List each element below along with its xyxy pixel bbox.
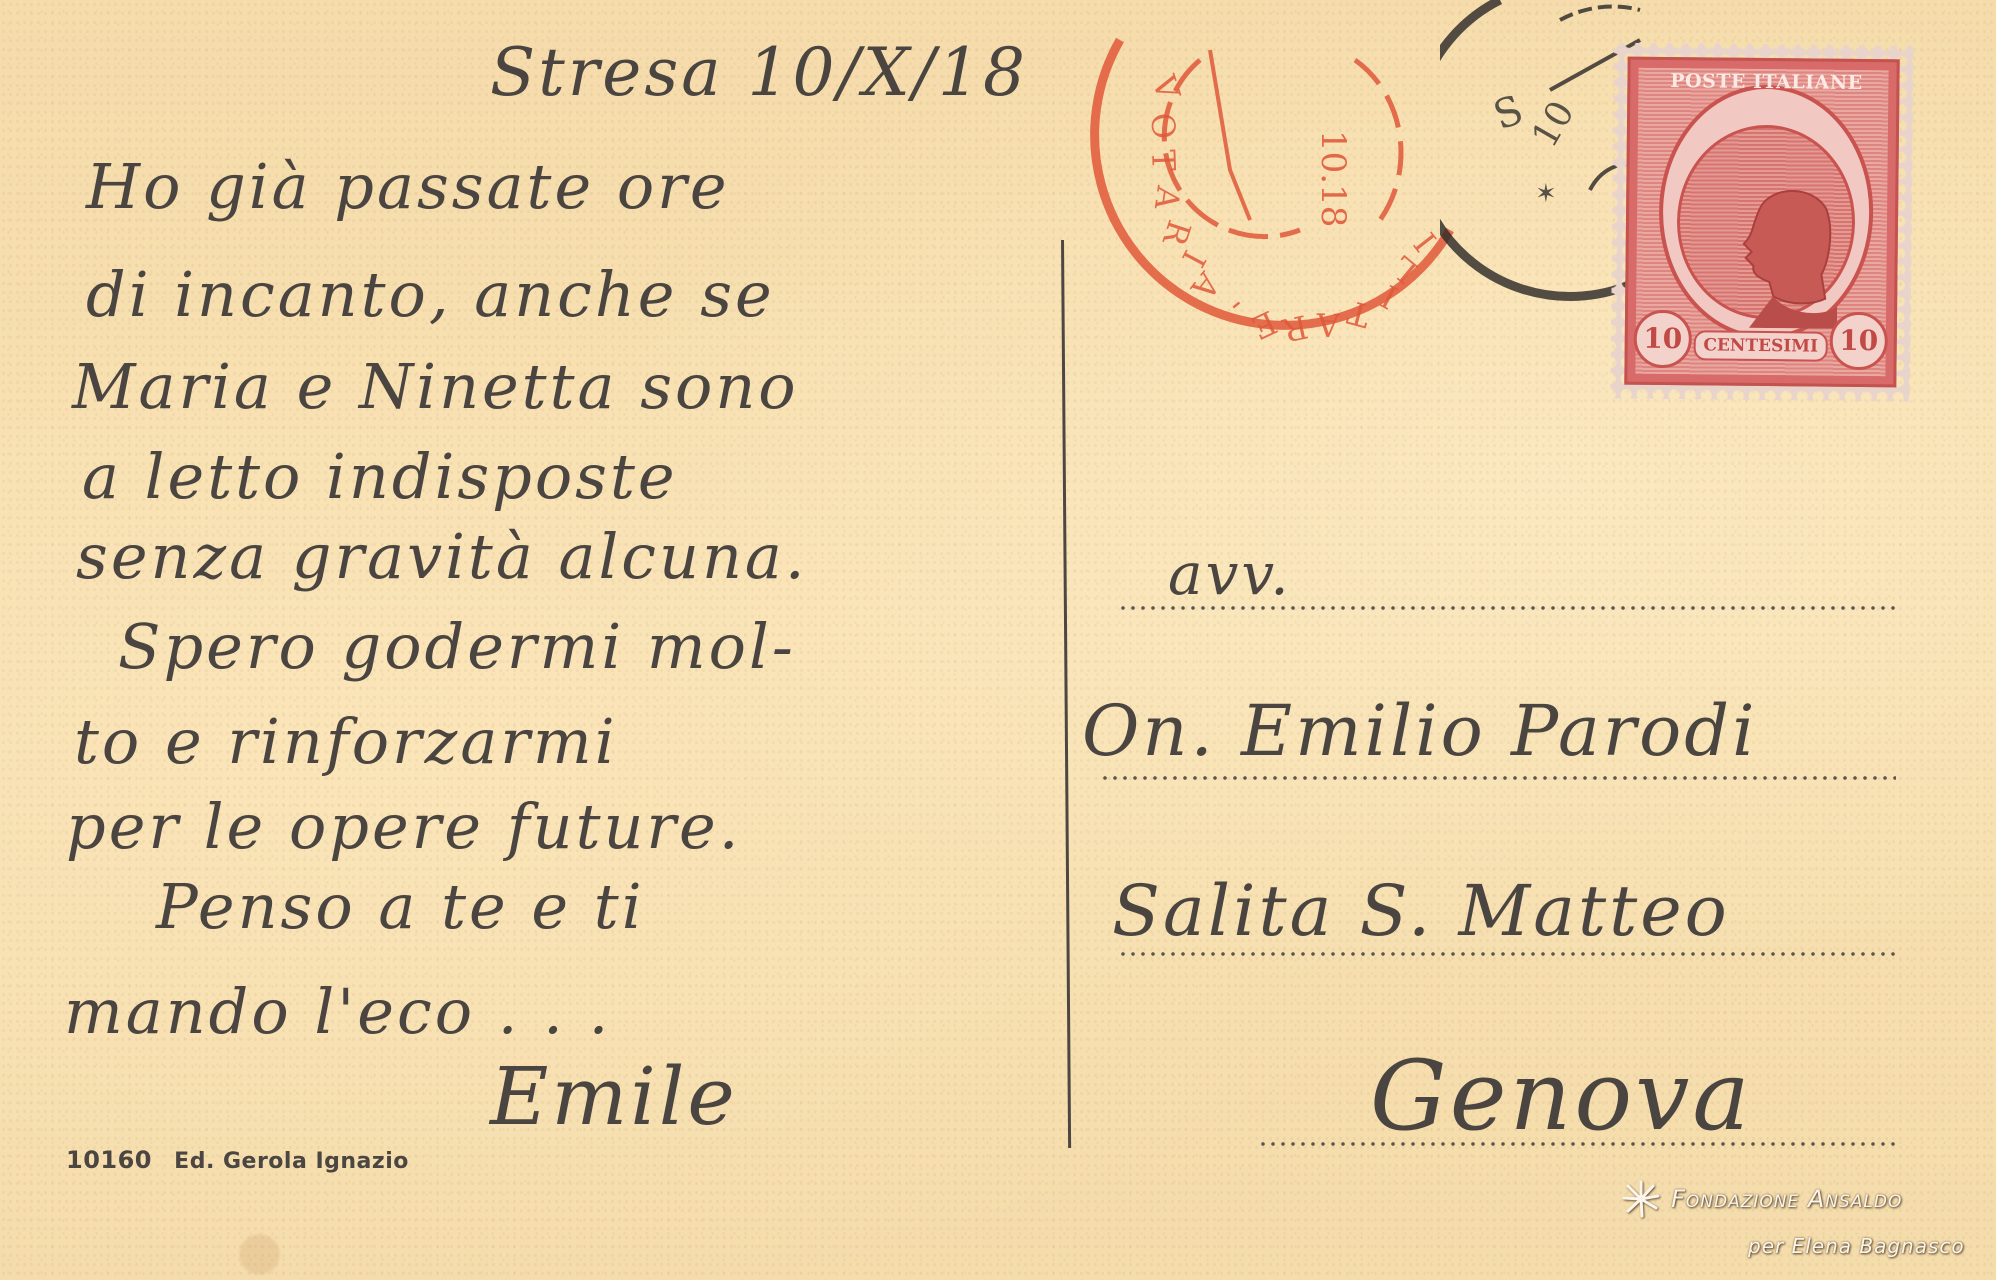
- king-portrait-icon: [1729, 178, 1841, 329]
- publisher-number: 10160: [66, 1146, 152, 1174]
- sunburst-logo-icon: [1620, 1178, 1662, 1220]
- svg-text:10: 10: [1524, 94, 1582, 154]
- message-line: Penso a te e ti: [156, 870, 645, 943]
- svg-text:S: S: [1488, 87, 1529, 140]
- stamp-value-left: 10: [1633, 310, 1692, 369]
- svg-text:I: I: [1174, 244, 1213, 273]
- svg-text:O: O: [1142, 110, 1184, 142]
- message-line: to e rinforzarmi: [74, 705, 618, 778]
- address-dotted-line-1: [1118, 606, 1898, 610]
- address-dotted-line-3: [1118, 952, 1896, 956]
- address-street: Salita S. Matteo: [1112, 870, 1730, 952]
- publisher-name: Ed. Gerola Ignazio: [174, 1149, 409, 1174]
- svg-text:T: T: [1144, 149, 1183, 172]
- place-date: Stresa 10/X/18: [490, 34, 1028, 111]
- svg-text:A: A: [1315, 305, 1341, 344]
- message-line: Ho già passate ore: [86, 150, 730, 223]
- svg-text:A: A: [1147, 183, 1188, 213]
- stamp-currency: CENTESIMI: [1694, 330, 1828, 361]
- address-dotted-line-2: [1100, 776, 1896, 780]
- message-line: per le opere future.: [66, 790, 741, 863]
- postage-stamp: POSTE ITALIANE 10 CENTESIMI 10: [1610, 42, 1914, 401]
- red-military-postmark-icon: 10.18 V O T A R I A - E R A T I L I: [1090, 0, 1490, 350]
- archive-watermark: Fondazione Ansaldo per Elena Bagnasco: [1620, 1178, 1902, 1220]
- svg-text:R: R: [1279, 307, 1311, 349]
- svg-text:10.18: 10.18: [1313, 130, 1353, 227]
- svg-text:V: V: [1144, 70, 1188, 106]
- stamp-header: POSTE ITALIANE: [1666, 70, 1866, 94]
- message-address-divider: [1061, 240, 1071, 1148]
- postcard-reverse: 10.18 V O T A R I A - E R A T I L I S: [0, 0, 1996, 1280]
- svg-text:R: R: [1155, 216, 1199, 252]
- watermark-credit: per Elena Bagnasco: [1748, 1234, 1965, 1258]
- message-line: di incanto, anche se: [86, 258, 775, 331]
- address-dotted-line-4: [1258, 1142, 1896, 1146]
- message-line: Maria e Ninetta sono: [72, 350, 799, 423]
- message-line: mando l'eco . . .: [64, 975, 611, 1048]
- address-city: Genova: [1370, 1040, 1753, 1152]
- publisher-imprint: 10160 Ed. Gerola Ignazio: [66, 1146, 409, 1174]
- watermark-organization: Fondazione Ansaldo: [1671, 1185, 1902, 1213]
- message-line: Spero godermi mol-: [118, 610, 796, 683]
- message-line: senza gravità alcuna.: [76, 520, 808, 593]
- message-line: a letto indisposte: [82, 440, 678, 513]
- svg-text:✶: ✶: [1535, 179, 1557, 209]
- address-name: On. Emilio Parodi: [1082, 690, 1758, 772]
- signature: Emile: [490, 1050, 738, 1143]
- stamp-value-right: 10: [1829, 312, 1888, 371]
- stamp-frame: POSTE ITALIANE 10 CENTESIMI 10: [1624, 57, 1899, 388]
- address-title: avv.: [1168, 540, 1292, 608]
